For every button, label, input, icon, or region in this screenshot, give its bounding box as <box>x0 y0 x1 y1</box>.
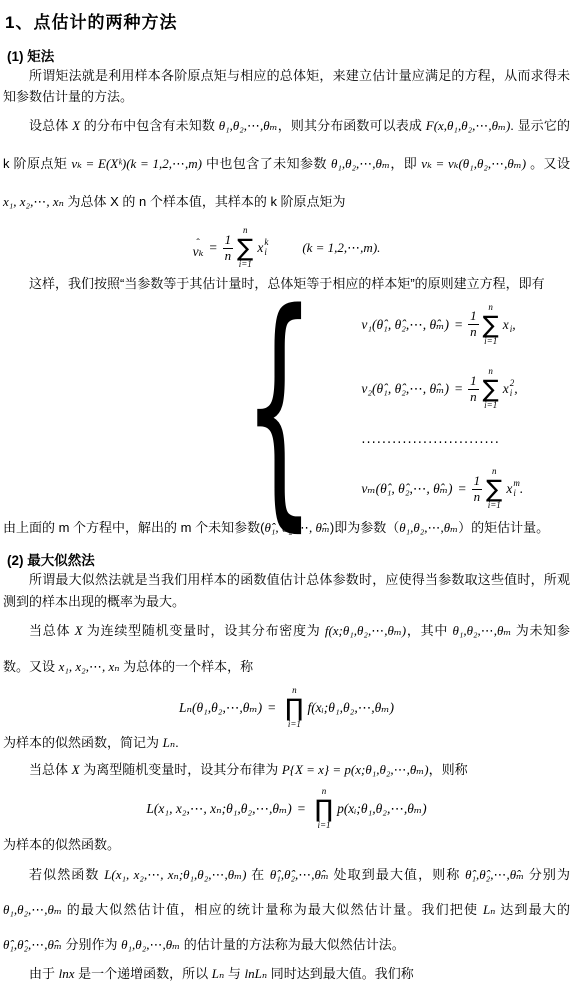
section-heading-moment-method: (1) 矩法 <box>7 45 570 65</box>
math-run: νₖ = E(Xᵏ)(k = 1,2,⋯,m) <box>71 156 202 171</box>
text-run: 为离型随机变量时，设其分布律为 <box>80 762 282 777</box>
page-title: 1、点估计的两种方法 <box>5 8 570 33</box>
text-run: 若似然函数 <box>29 867 104 882</box>
text-run: 为总体 X 的 n 个样本值，其样本的 k 阶原点矩为 <box>64 194 346 209</box>
likelihood-lhs: L(x₁, x₂,⋯, xₙ;θ₁,θ₂,⋯,θₘ) <box>146 801 291 817</box>
paragraph-log-likelihood: 由于 lnx 是一个递增函数，所以 Lₙ 与 lnLₙ 同时达到最大值。我们称 <box>3 962 570 986</box>
fraction-one-over-n: 1 n <box>472 474 483 505</box>
text-run: 当总体 <box>29 623 75 638</box>
text-run: 设总体 <box>29 118 72 133</box>
paragraph-mle-definition: 若似然函数 L(x₁, x₂,⋯, xₙ;θ₁,θ₂,⋯,θₘ) 在 θ̂₁,θ… <box>3 857 570 962</box>
sum-operator: n ∑ i=1 <box>486 467 502 511</box>
paragraph-likelihood-note-2: 为样本的似然函数。 <box>3 833 570 857</box>
pi-product-icon: ∏ <box>315 797 333 821</box>
text-run: 当总体 <box>29 762 72 777</box>
math-run: lnLₙ <box>244 966 267 981</box>
sigma-icon: ∑ <box>237 236 253 260</box>
sum-operator: n ∑ i=1 <box>483 303 499 347</box>
text-run: 由于 <box>29 966 59 981</box>
text-run: 在 <box>246 867 270 882</box>
paragraph-mle-discrete: 当总体 X 为离型随机变量时，设其分布律为 P{X = x} = p(x;θ₁,… <box>3 755 570 785</box>
math-run: X <box>72 762 80 777</box>
sigma-icon: ∑ <box>483 313 499 337</box>
summand-term: x 2i <box>503 379 515 399</box>
text-run: 为总体的一个样本，称 <box>120 659 254 674</box>
likelihood-rhs: p(xᵢ;θ₁,θ₂,⋯,θₘ) <box>337 801 427 817</box>
math-run: x₁, x₂,⋯, xₙ <box>59 659 120 674</box>
math-run: x₁, x₂,⋯, xₙ <box>3 194 64 209</box>
math-run: θ₁,θ₂,⋯,θₘ <box>399 520 458 535</box>
math-run: θ₁,θ₂,⋯,θₘ <box>3 902 62 917</box>
lower-limit: i=1 <box>288 720 301 730</box>
product-operator: n ∏ i=1 <box>285 686 303 730</box>
math-run: Lₙ <box>163 735 176 750</box>
moment-equation-system: { ν₁(θ̂₁, θ̂₂,⋯, θ̂ₘ) = 1 n n ∑ i=1 x i <box>199 301 570 513</box>
system-rows: ν₁(θ̂₁, θ̂₂,⋯, θ̂ₘ) = 1 n n ∑ i=1 x i , <box>361 303 523 511</box>
text-run: 分别作为 <box>62 937 121 952</box>
math-run: θ₁,θ₂,⋯,θₘ <box>219 118 278 133</box>
summand-term: x ki <box>257 238 268 258</box>
math-run: L(x₁, x₂,⋯, xₙ;θ₁,θ₂,⋯,θₘ) <box>104 867 246 882</box>
system-row-dots: ........................... <box>361 432 523 447</box>
equals-sign: = <box>267 700 276 716</box>
sigma-icon: ∑ <box>486 477 502 501</box>
sum-operator: n ∑ i=1 <box>483 367 499 411</box>
math-run: lnx <box>59 966 75 981</box>
math-run: Lₙ <box>212 966 225 981</box>
text-run: 为样本的似然函数，简记为 <box>3 735 163 750</box>
lower-limit: i=1 <box>317 821 330 831</box>
fraction-one-over-n: 1 n <box>223 233 234 264</box>
text-run: ，则其分布函数可以表成 <box>278 118 426 133</box>
likelihood-lhs: Lₙ(θ₁,θ₂,⋯,θₘ) <box>179 700 262 716</box>
text-run: 是一个递增函数，所以 <box>75 966 212 981</box>
text-run: ，其中 <box>406 623 452 638</box>
paragraph-moment-setup: 设总体 X 的分布中包含有未知数 θ₁,θ₂,⋯,θₘ，则其分布函数可以表成 F… <box>3 107 570 221</box>
text-run: 为样本的似然函数。 <box>3 837 120 852</box>
math-run: θ₁,θ₂,⋯,θₘ <box>121 937 180 952</box>
left-brace: { <box>243 281 315 533</box>
text-run: 中也包含了未知参数 <box>202 156 331 171</box>
math-run: νₖ = νₖ(θ₁,θ₂,⋯,θₘ) <box>421 156 526 171</box>
text-run: ，即 <box>390 156 421 171</box>
math-run: X <box>75 623 83 638</box>
math-run: θ̂₁,θ̂₂,⋯,θ̂ₘ <box>270 867 329 882</box>
equation-condition: (k = 1,2,⋯,m). <box>302 240 380 256</box>
paragraph-mle-continuous: 当总体 X 为连续型随机变量时，设其分布密度为 f(x;θ₁,θ₂,⋯,θₘ)，… <box>3 613 570 685</box>
equation-likelihood-continuous: Lₙ(θ₁,θ₂,⋯,θₘ) = n ∏ i=1 f(xᵢ;θ₁,θ₂,⋯,θₘ… <box>3 685 570 731</box>
text-run: 达到最大的 <box>495 902 570 917</box>
summand-term: x i <box>503 315 513 335</box>
text-run: 所谓矩法就是利用样本各阶原点矩与相应的总体矩，来建立估计量应满足的方程，从而求得… <box>3 68 570 104</box>
text-run: . <box>175 735 179 750</box>
text-run: ，则称 <box>429 762 468 777</box>
summand-term: x mi <box>506 479 520 499</box>
likelihood-rhs: f(xᵢ;θ₁,θ₂,⋯,θₘ) <box>307 700 394 716</box>
equation-likelihood-discrete: L(x₁, x₂,⋯, xₙ;θ₁,θ₂,⋯,θₘ) = n ∏ i=1 p(x… <box>3 785 570 833</box>
math-run: f(x;θ₁,θ₂,⋯,θₘ) <box>325 623 406 638</box>
paragraph-moment-intro: 所谓矩法就是利用样本各阶原点矩与相应的总体矩，来建立估计量应满足的方程，从而求得… <box>3 65 570 107</box>
text-run: 。又设 <box>526 156 570 171</box>
sigma-icon: ∑ <box>483 377 499 401</box>
math-run: F(x,θ₁,θ₂,⋯,θₘ) <box>426 118 511 133</box>
math-run: θ₁,θ₂,⋯,θₘ <box>452 623 511 638</box>
math-run: P{X = x} = p(x;θ₁,θ₂,⋯,θₘ) <box>282 762 429 777</box>
text-run: 所谓最大似然法就是当我们用样本的函数值估计总体参数时，应使得当参数取这些值时，所… <box>3 572 570 609</box>
fraction-one-over-n: 1 n <box>468 309 479 340</box>
text-run: 为连续型随机变量时，设其分布密度为 <box>83 623 325 638</box>
document-page: 1、点估计的两种方法 (1) 矩法 所谓矩法就是利用样本各阶原点矩与相应的总体矩… <box>0 0 574 1000</box>
system-row-2: ν₂(θ̂₁, θ̂₂,⋯, θ̂ₘ) = 1 n n ∑ i=1 x 2i , <box>361 367 523 411</box>
paragraph-mle-intro: 所谓最大似然法就是当我们用样本的函数值估计总体参数时，应使得当参数取这些值时，所… <box>3 569 570 613</box>
pi-product-icon: ∏ <box>285 696 303 720</box>
text-run: 的估计量的方法称为最大似然估计法。 <box>180 937 405 952</box>
product-operator: n ∏ i=1 <box>315 787 333 831</box>
fraction-one-over-n: 1 n <box>468 374 479 405</box>
equals-sign: = <box>209 240 218 256</box>
math-run: X <box>72 118 80 133</box>
text-run: 与 <box>224 966 244 981</box>
system-row-1: ν₁(θ̂₁, θ̂₂,⋯, θ̂ₘ) = 1 n n ∑ i=1 x i , <box>361 303 523 347</box>
text-run: )即为参数（ <box>330 520 399 535</box>
text-run: 处取到最大值，则称 <box>329 867 465 882</box>
math-run: θ̂₁,θ̂₂,⋯,θ̂ₘ <box>3 937 62 952</box>
text-run: 的最大似然估计值，相应的统计量称为最大似然估计量。我们把使 <box>62 902 483 917</box>
math-run: θ₁,θ₂,⋯,θₘ <box>331 156 390 171</box>
text-run: 的分布中包含有未知数 <box>80 118 219 133</box>
text-run: ）的矩估计量。 <box>458 520 549 535</box>
math-run: θ̂₁,θ̂₂,⋯,θ̂ₘ <box>465 867 524 882</box>
nu-k: νₖ <box>193 245 204 259</box>
text-run: 同时达到最大值。我们称 <box>267 966 414 981</box>
nu-hat-symbol: ˆ νₖ <box>193 238 204 259</box>
equals-sign: = <box>297 801 306 817</box>
text-run: 由上面的 m 个方程中，解出的 m 个未知参数( <box>3 520 264 535</box>
math-run: Lₙ <box>483 902 496 917</box>
paragraph-likelihood-note: 为样本的似然函数，简记为 Lₙ. <box>3 731 570 755</box>
text-run: 分别为 <box>524 867 570 882</box>
system-row-m: νₘ(θ̂₁, θ̂₂,⋯, θ̂ₘ) = 1 n n ∑ i=1 x mi . <box>361 467 523 511</box>
